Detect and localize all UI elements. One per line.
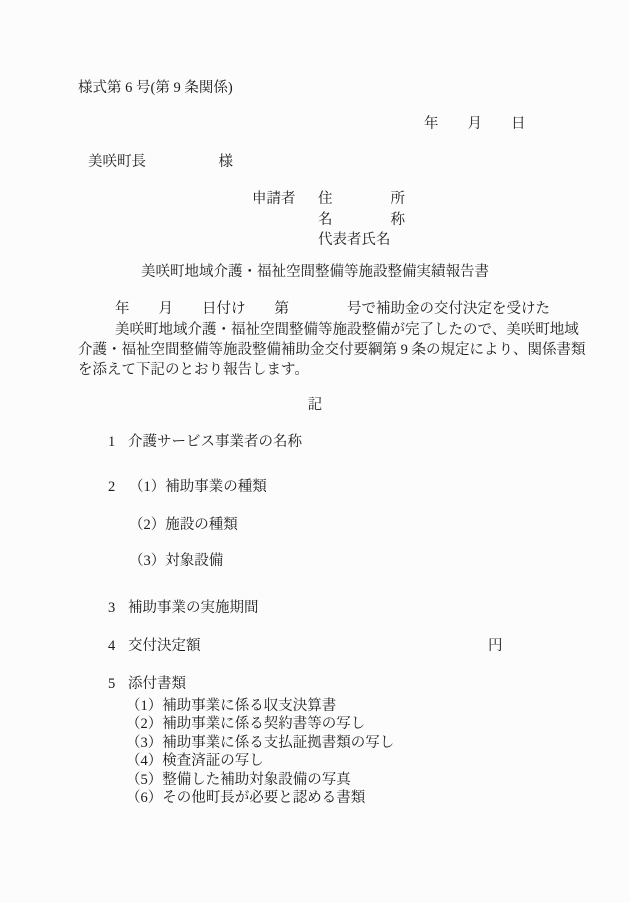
applicant-label: 申請者 [252,191,296,207]
attachment-item-6: （6）その他町長が必要と認める書類 [126,790,365,806]
item-4-number: 4 [108,638,115,654]
item-4-label: 交付決定額 [128,638,201,654]
item-2-sub-2-label: （2）施設の種類 [129,517,238,533]
applicant-address-label: 住 所 [318,191,405,207]
attachment-item-3: （3）補助事業に係る支払証拠書類の写し [126,735,394,751]
item-2-sub-1-label: （1）補助事業の種類 [129,479,267,495]
body-line-2: 美咲町地域介護・福祉空間整備等施設整備が完了したので、美咲町地域 [115,322,579,338]
form-number: 様式第 6 号(第 9 条関係) [78,80,233,96]
attachment-item-4: （4）検査済証の写し [126,753,264,769]
item-4-unit-yen: 円 [488,638,503,654]
document-title: 美咲町地域介護・福祉空間整備等施設整備実績報告書 [0,264,630,280]
record-marker: 記 [0,397,630,413]
body-line-3: 介護・福祉空間整備等施設整備補助金交付要綱第 9 条の規定により、関係書類 [78,342,586,358]
item-5-label: 添付書類 [128,676,186,692]
item-3-label: 補助事業の実施期間 [128,600,259,616]
item-2-number: 2 [108,479,115,495]
attachment-item-5: （5）整備した補助対象設備の写真 [126,772,351,788]
applicant-name-label: 名 称 [318,212,405,228]
item-2-sub-3-label: （3）対象設備 [129,553,223,569]
item-3-number: 3 [108,600,115,616]
attachment-item-1: （1）補助事業に係る収支決算書 [126,698,336,714]
item-5-number: 5 [108,676,115,692]
body-line-4: を添えて下記のとおり報告します。 [78,362,309,378]
applicant-representative-label: 代表者氏名 [318,232,391,248]
attachment-item-2: （2）補助事業に係る契約書等の写し [126,716,365,732]
date-line: 年 月 日 [424,116,526,132]
report-form-page: 様式第 6 号(第 9 条関係) 年 月 日 美咲町長 様 申請者 住 所 名 … [0,0,630,903]
addressee-line: 美咲町長 様 [88,154,233,170]
item-1-number: 1 [108,434,115,450]
item-1-label: 介護サービス事業者の名称 [128,434,302,450]
body-line-1: 年 月 日付け 第 号で補助金の交付決定を受けた [115,301,550,317]
